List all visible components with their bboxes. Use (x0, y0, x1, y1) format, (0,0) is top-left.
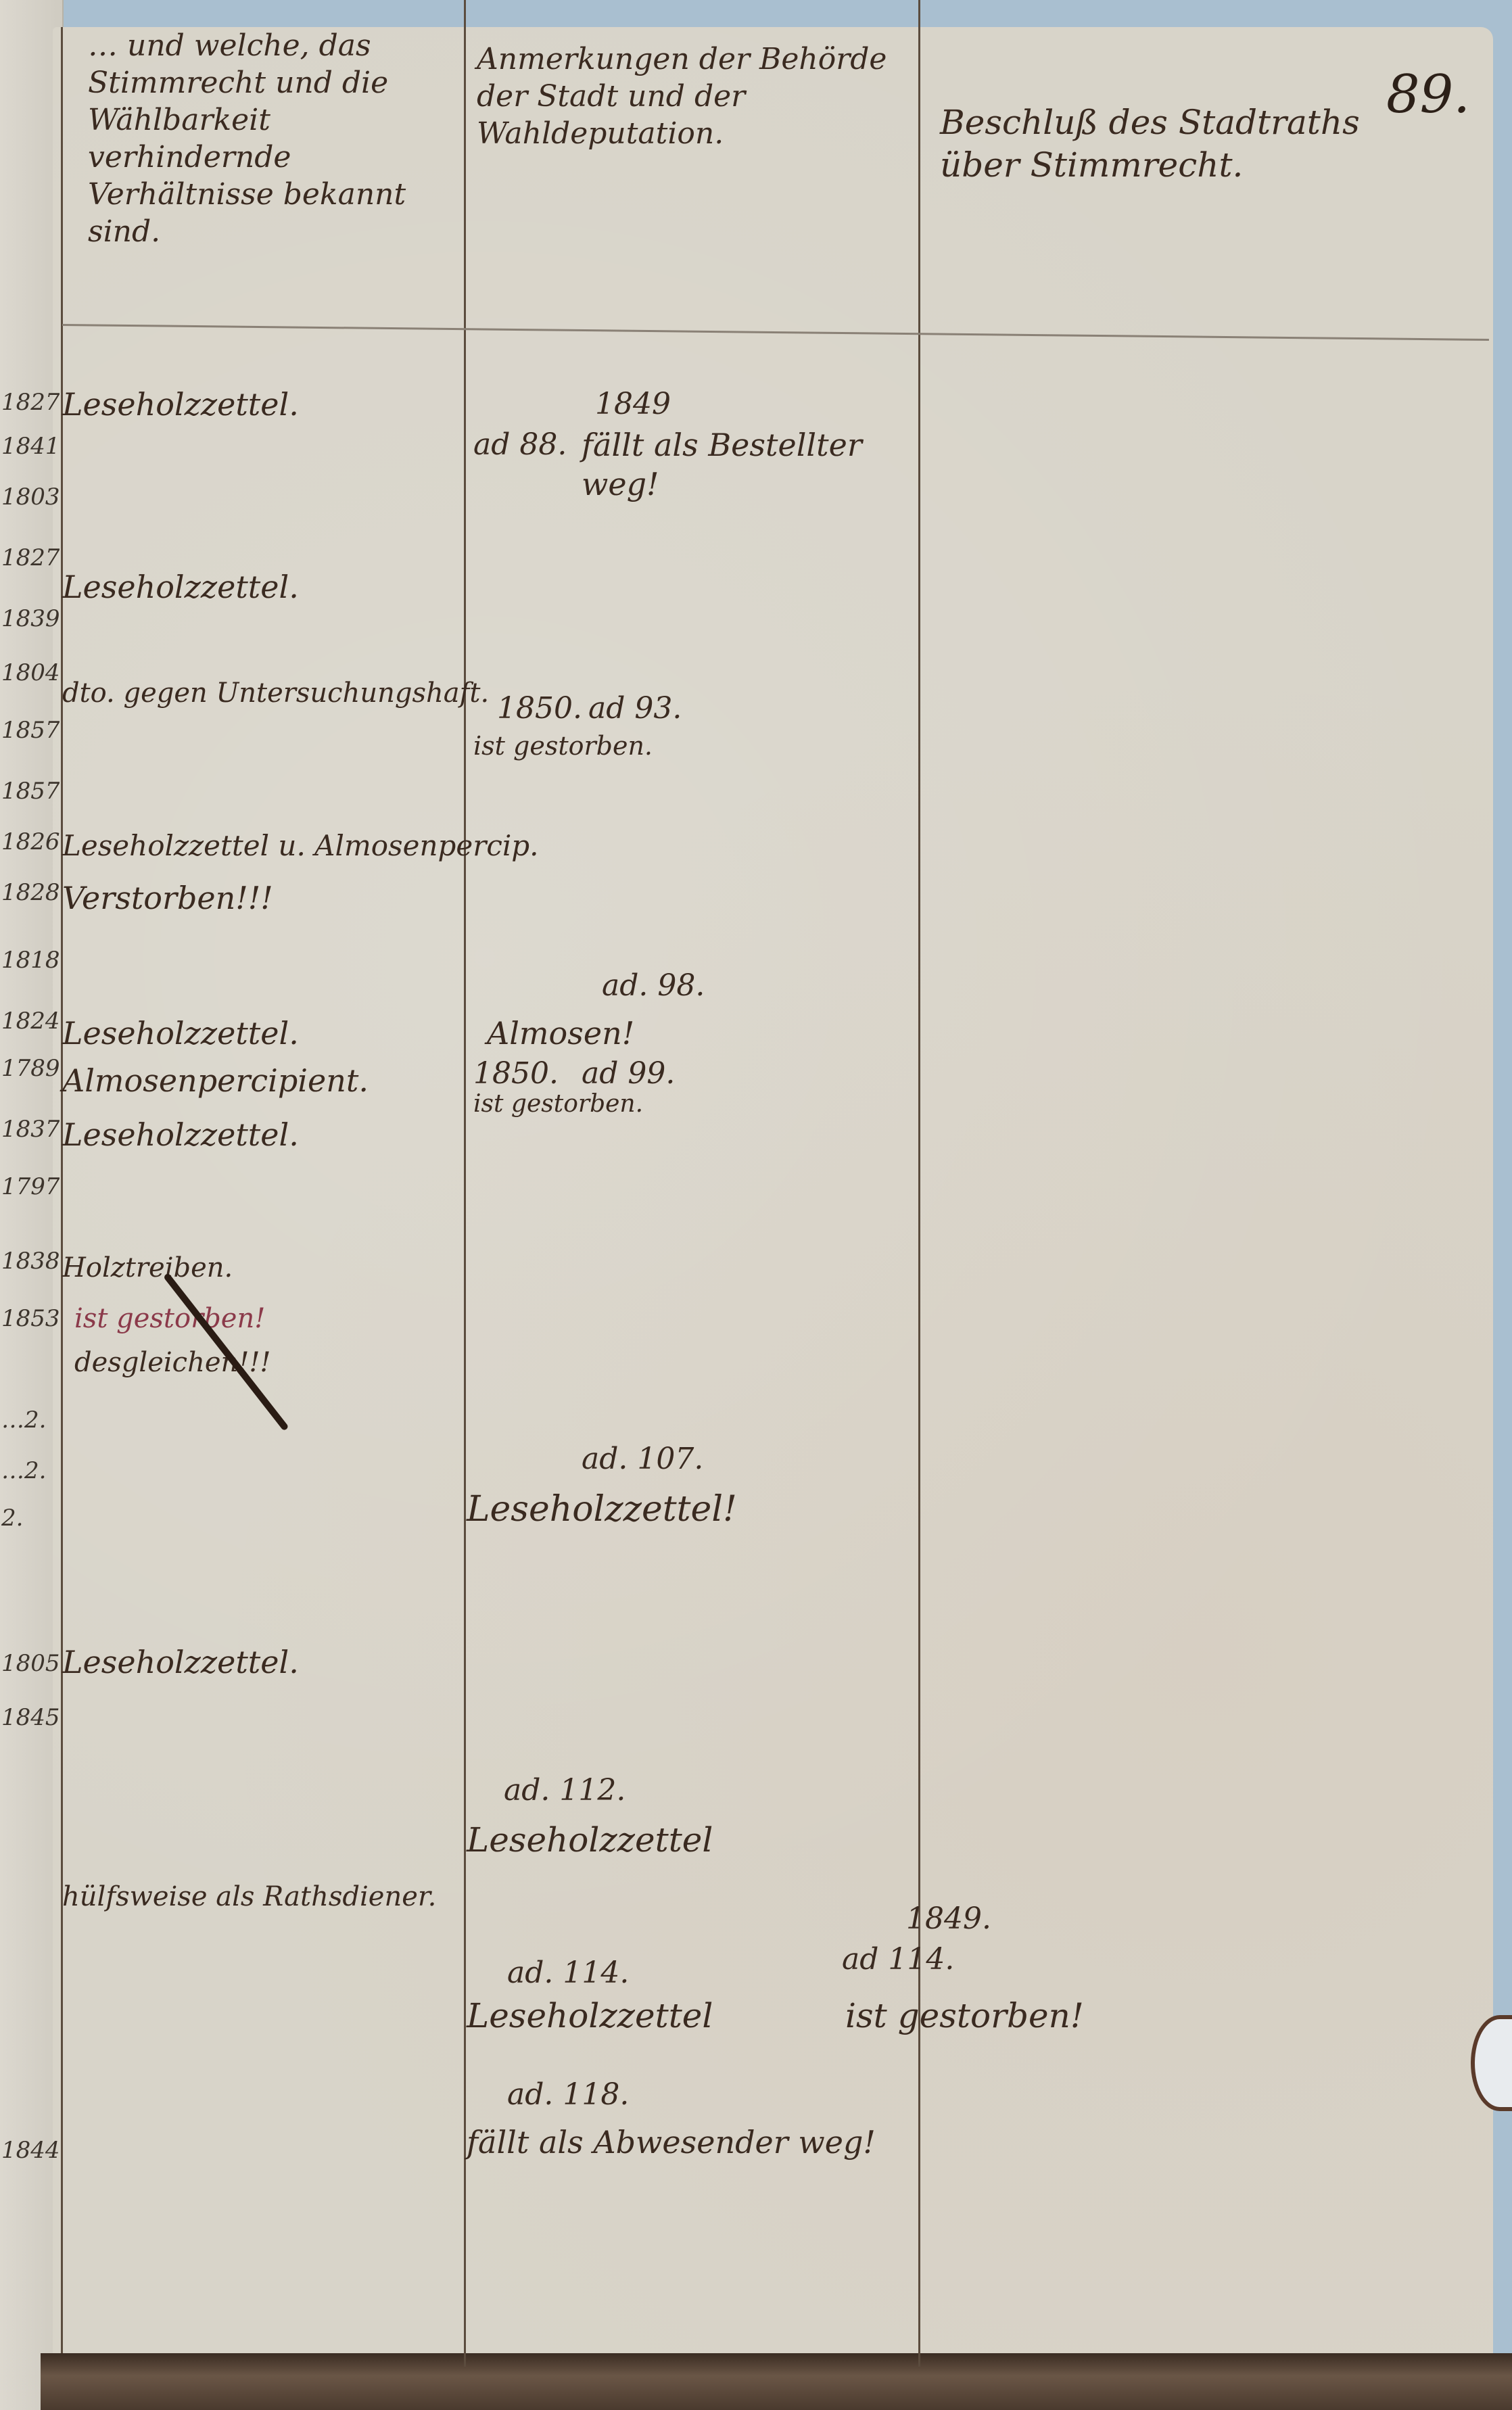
margin-year: 1827. (1, 544, 60, 571)
column-header-3: Beschluß des Stadtraths über Stimmrecht. (940, 101, 1373, 186)
entry-col1-red: ist gestorben! (74, 1302, 265, 1336)
entry-col2-text: fällt als Abwesender weg! (467, 2123, 913, 2163)
margin-year: 1838. (1, 1248, 60, 1275)
margin-year: 1824. (1, 1008, 60, 1035)
margin-year: 1845. (1, 1704, 60, 1731)
entry-col2-ref: ad 93. (588, 690, 682, 727)
book-binding (41, 2353, 1512, 2410)
entry-col2-text: ist gestorben. (473, 1089, 643, 1119)
entry-col1: Leseholzzettel u. Almosenpercip. (62, 828, 539, 864)
entry-col2-ref: ad. 112. (504, 1772, 625, 1809)
margin-year: 1857. (1, 717, 60, 744)
column-rule-1 (464, 0, 466, 2367)
margin-year: 1803. (1, 483, 60, 511)
entry-col3-text: ist gestorben! (845, 1995, 1084, 2037)
margin-year: …2. (1, 1407, 60, 1434)
entry-col2-ref: ad 88. (473, 426, 567, 463)
entry-col1: Verstorben!!! (62, 879, 273, 918)
entry-col2-text: Leseholzzettel (467, 1819, 713, 1862)
margin-year: …2. (1, 1457, 60, 1484)
entry-col3-year: 1849. (906, 1900, 991, 1937)
entry-col1: hülfsweise als Rathsdiener. (62, 1880, 436, 1914)
entry-col2-ref: ad. 98. (602, 967, 705, 1004)
entry-col2-ref: ad 99. (582, 1055, 675, 1092)
margin-year: 1841. (1, 433, 60, 460)
entry-col1: Leseholzzettel. (62, 1014, 299, 1054)
entry-col2-ref: ad. 114. (507, 1954, 629, 1991)
entry-col3-ref: ad 114. (842, 1941, 954, 1978)
column-rule-left (61, 27, 63, 2353)
entry-col2-ref: ad. 107. (582, 1440, 703, 1478)
margin-year: 1804. (1, 659, 60, 686)
register-page (53, 27, 1493, 2353)
entry-col2-text: Almosen! (487, 1014, 634, 1054)
margin-year: 1844. (1, 2137, 60, 2164)
margin-year: 1857. (1, 778, 60, 805)
entry-col2-text: Leseholzzettel (467, 1995, 713, 2037)
margin-year: 1828. (1, 879, 60, 906)
entry-col1: Almosenpercipient. (62, 1062, 369, 1101)
entry-col2-year: 1850. (473, 1055, 559, 1092)
margin-year: 1826. (1, 828, 60, 855)
entry-col1: Leseholzzettel. (62, 1116, 299, 1155)
margin-year: 1853. (1, 1305, 60, 1332)
entry-col1: Holztreiben. (62, 1251, 233, 1285)
entry-col1: Leseholzzettel. (62, 568, 299, 607)
entry-col2-text: ist gestorben. (473, 730, 653, 763)
page-number: 89. (1386, 64, 1470, 125)
column-header-2: Anmerkungen der Behörde der Stadt und de… (477, 41, 909, 152)
margin-year: 1839. (1, 605, 60, 632)
entry-col2-text: fällt als Bestellter weg! (582, 426, 906, 504)
entry-col2-text: Leseholzzettel! (467, 1488, 737, 1532)
entry-col1: Leseholzzettel. (62, 1643, 299, 1682)
margin-year: 2. (1, 1505, 60, 1532)
margin-year: 1818. (1, 947, 60, 974)
margin-year: 1837. (1, 1116, 60, 1143)
entry-col1: dto. gegen Untersuchungshaft. (62, 676, 489, 710)
entry-col1: Leseholzzettel. (62, 385, 299, 425)
margin-year: 1797. (1, 1173, 60, 1200)
entry-col2-ref: ad. 118. (507, 2076, 629, 2113)
margin-year: 1805. (1, 1650, 60, 1677)
margin-year: 1789. (1, 1055, 60, 1082)
margin-year: 1827. (1, 389, 60, 416)
entry-col2-year: 1849 (595, 385, 671, 423)
column-header-1: … und welche, das Stimmrecht und die Wäh… (88, 27, 453, 250)
entry-col2-year: 1850. (497, 690, 582, 727)
